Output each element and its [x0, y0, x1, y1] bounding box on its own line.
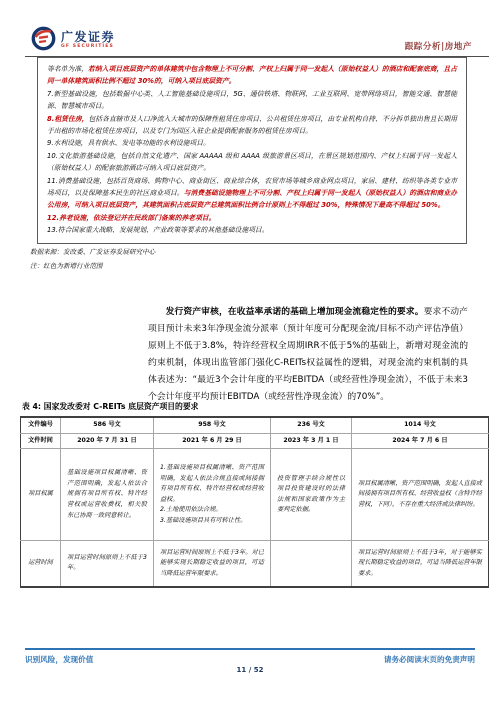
table-header-cell: 2020 年 7 月 31 日	[61, 433, 154, 449]
asset-box-paragraph: 7.新型基础设施，包括数据中心类、人工智能基础设施项目，5G、通信铁塔、物联网、…	[47, 88, 457, 113]
paragraph-lead: 发行资产审核，在收益率承诺的基础上增加现金流稳定性的要求。	[166, 307, 424, 317]
asset-box-paragraph: 9.水利设施，具有供水、发电等功能的水利设施项目。	[47, 137, 457, 149]
asset-box: 等名单为准，若纳入项目底层资产的单体建筑中包含物理上不可分割、产权上归属于同一发…	[37, 57, 467, 244]
footer-divider	[25, 648, 475, 650]
asset-section: 等名单为准，若纳入项目底层资产的单体建筑中包含物理上不可分割、产权上归属于同一发…	[30, 57, 470, 272]
asset-box-paragraph: 8.租赁住房，包括各直辖市及人口净流入大城市的保障性租赁住房项目、公共租赁住房项…	[47, 113, 457, 138]
brand-name-en: GF SECURITIES	[61, 45, 115, 50]
brand-name-cn: 广发证券	[61, 31, 115, 43]
table-row: 运营时间项目运营时间原则上不低于3年。项目运营时间原则上不低于3年。对已能够实现…	[21, 541, 489, 587]
table-cell: 项目运营时间原则上不低于3年，对于能够实现长期稳定收益的项目，可适当降低运营年限…	[352, 541, 489, 587]
new-industry-text: 12.养老设施，依法登记并在民政部门备案的养老项目。	[47, 214, 215, 222]
footer-slogan: 识别风险，发现价值	[25, 654, 93, 665]
requirements-table: 文件编号586 号文958 号文236 号文1014 号文文件时间2020 年 …	[20, 416, 489, 588]
report-type-label: 跟踪分析|房地产	[405, 40, 472, 52]
gf-logo-icon	[30, 25, 57, 56]
industry-text: 10.文化旅游基础设施，包括自然文化遗产、国家 AAAAA 级和 AAAA 级旅…	[47, 152, 457, 172]
requirements-table-section: 表 4: 国家发改委对 C-REITs 底层资产项目的要求 文件编号586 号文…	[20, 401, 488, 588]
table-title: 表 4: 国家发改委对 C-REITs 底层资产项目的要求	[22, 401, 488, 412]
paragraph-rest: 要求不动产项目预计未来3年净现金流分派率（预计年度可分配现金流/目标不动产评估净…	[148, 307, 468, 402]
asset-box-paragraph: 等名单为准，若纳入项目底层资产的单体建筑中包含物理上不可分割、产权上归属于同一发…	[47, 63, 457, 88]
table-cell: 项目权属清晰、资产范围明确，发起人直接或间接拥有项目所有权、经营收益权（含特许经…	[352, 449, 489, 541]
new-industry-text: 若纳入项目底层资产的单体建筑中包含物理上不可分割、产权上归属于同一发起人（原始权…	[47, 65, 457, 85]
table-cell: 投资管理手续合规性以项目投资建设时的法律法规和国家政策作为主要判定依据。	[271, 449, 352, 541]
table-cell: 项目运营时间原则上不低于3年。对已能够实现长期稳定收益的项目，可适当降低运营年限…	[154, 541, 271, 587]
table-cell: 1.基础设施项目权属清晰、资产范围明确，发起人依法合规直接或间接拥有项目所有权、…	[154, 449, 271, 541]
asset-box-paragraph: 12.养老设施，依法登记并在民政部门备案的养老项目。	[47, 212, 457, 224]
table-header: 文件编号586 号文958 号文236 号文1014 号文文件时间2020 年 …	[21, 417, 489, 449]
new-industry-text: 8.租赁住房，	[47, 115, 88, 123]
asset-box-paragraph: 10.文化旅游基础设施，包括自然文化遗产、国家 AAAAA 级和 AAAA 级旅…	[47, 150, 457, 175]
industry-text: 7.新型基础设施，包括数据中心类、人工智能基础设施项目，5G、通信铁塔、物联网、…	[47, 90, 457, 110]
source-note: 数据来源：发改委、广发证券发展研究中心	[30, 247, 470, 258]
asset-box-paragraph: 11.消费基础设施，包括百货商场、购物中心、商业街区、商业综合体，农贸市场等城乡…	[47, 175, 457, 212]
table-header-cell: 2023 年 3 月 1 日	[271, 433, 352, 449]
table-header-cell: 2024 年 7 月 6 日	[352, 433, 489, 449]
industry-text: 等名单为准，	[47, 65, 88, 73]
footer-disclaimer: 请务必阅读末页的免责声明	[384, 654, 475, 665]
table-body: 项目权属基础设施项目权属清晰、资产范围明确，发起人依法合规拥有项目所有权、特许经…	[21, 449, 489, 587]
industry-text: 包括各直辖市及人口净流入大城市的保障性租赁住房项目、公共租赁住房项目，由专业机构…	[47, 115, 457, 135]
table-header-row: 文件编号586 号文958 号文236 号文1014 号文	[21, 417, 489, 433]
table-header-label: 文件编号	[21, 417, 61, 433]
asset-box-paragraph: 13.符合国家重大战略、发展规划、产业政策等要求的其他基础设施项目。	[47, 224, 457, 236]
table-cell: 项目运营时间原则上不低于3年。	[61, 541, 154, 587]
table-header-cell: 2021 年 6 月 29 日	[154, 433, 271, 449]
color-note: 注：红色为新增行业范围	[30, 261, 470, 272]
industry-text: 13.符合国家重大战略、发展规划、产业政策等要求的其他基础设施项目。	[47, 226, 269, 234]
table-cell: 基础设施项目权属清晰、资产范围明确，发起人依法合规拥有项目所有权、特许经营权或运…	[61, 449, 154, 541]
page-number: 11 / 52	[0, 666, 500, 674]
body-paragraph: 发行资产审核，在收益率承诺的基础上增加现金流稳定性的要求。要求不动产项目预计未来…	[148, 304, 468, 406]
table-header-cell: 958 号文	[154, 417, 271, 433]
table-row-label: 运营时间	[21, 541, 61, 587]
table-header-label: 文件时间	[21, 433, 61, 449]
industry-text: 9.水利设施，具有供水、发电等功能的水利设施项目。	[47, 139, 210, 147]
table-header-cell: 236 号文	[271, 417, 352, 433]
table-cell	[271, 541, 352, 587]
gf-securities-logo: 广发证券 GF SECURITIES	[30, 25, 115, 56]
table-row: 项目权属基础设施项目权属清晰、资产范围明确，发起人依法合规拥有项目所有权、特许经…	[21, 449, 489, 541]
table-header-cell: 586 号文	[61, 417, 154, 433]
table-header-cell: 1014 号文	[352, 417, 489, 433]
table-header-row: 文件时间2020 年 7 月 31 日2021 年 6 月 29 日2023 年…	[21, 433, 489, 449]
table-row-label: 项目权属	[21, 449, 61, 541]
